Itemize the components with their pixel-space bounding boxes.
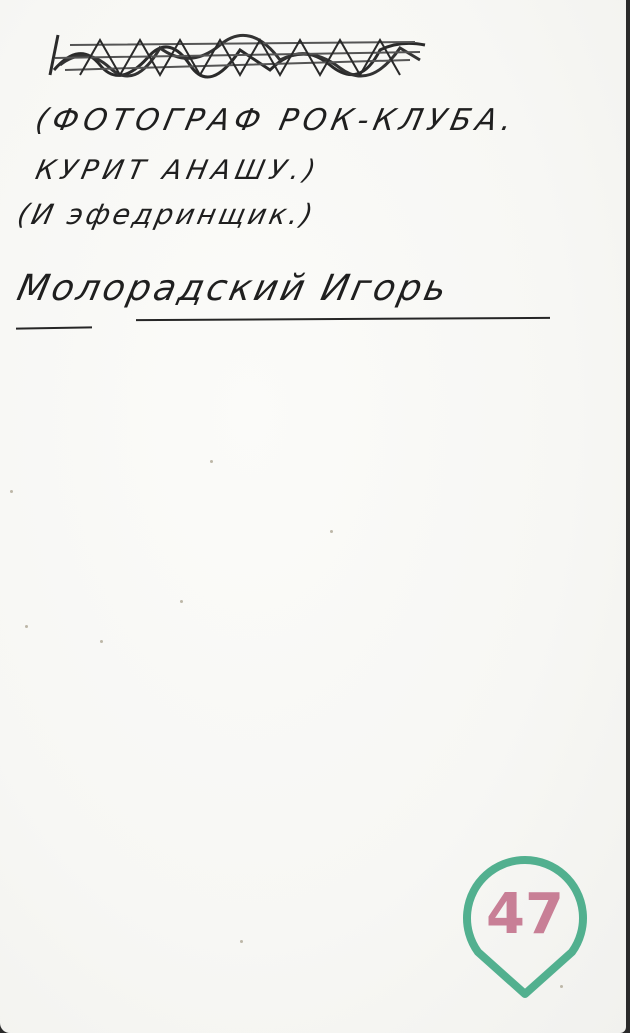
- number-badge: 47: [460, 852, 590, 1002]
- paper-speck: [210, 460, 213, 463]
- name-underline-short: [16, 326, 92, 329]
- card-back: (ФОТОГРАФ РОК-КЛУБА. КУРИТ АНАШУ.) (И эф…: [0, 0, 626, 1033]
- note-line-1: (ФОТОГРАФ РОК-КЛУБА.: [32, 103, 520, 138]
- name-underline-long: [136, 317, 550, 321]
- note-line-3: (И эфедринщик.): [14, 198, 318, 231]
- paper-speck: [330, 530, 333, 533]
- person-name: Молорадский Игорь: [14, 268, 453, 309]
- crossed-out-text: [40, 30, 430, 80]
- note-line-2: КУРИТ АНАШУ.): [33, 155, 323, 186]
- paper-speck: [25, 625, 28, 628]
- paper-speck: [10, 490, 13, 493]
- badge-number: 47: [460, 882, 590, 947]
- paper-speck: [100, 640, 103, 643]
- paper-speck: [240, 940, 243, 943]
- paper-speck: [180, 600, 183, 603]
